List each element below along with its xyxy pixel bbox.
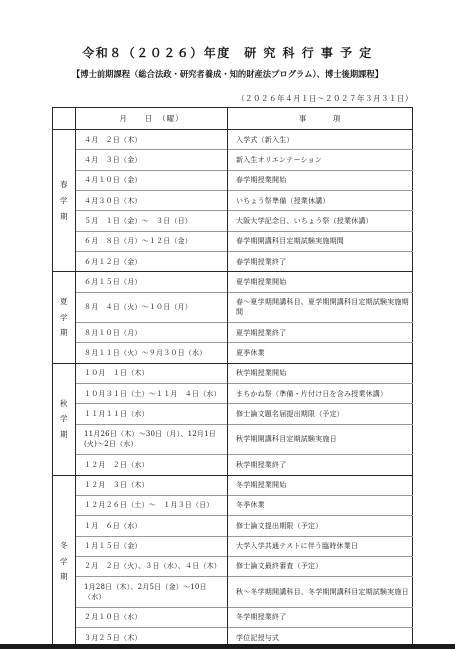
semester-label: 春 学 期	[53, 130, 76, 272]
date-cell: ４月３０日（木）	[76, 190, 228, 210]
date-cell: 11月26日（木）～30日（月）、12月1日(火)～2日（水）	[76, 424, 228, 454]
item-cell: 修士論文題名届提出期限（予定）	[228, 404, 413, 424]
table-row: ６月１２日（金）春学期授業終了	[53, 251, 413, 271]
item-cell: 春学期授業開始	[228, 170, 413, 190]
item-cell: 秋学期授業終了	[228, 455, 413, 475]
date-cell: ８月１１日（火）～９月３０日（水）	[76, 343, 228, 363]
date-cell: ６月１５日（月）	[76, 272, 228, 292]
date-cell: ５月 １日（金）～ ３日（日）	[76, 211, 228, 231]
item-cell: 冬学期授業開始	[228, 475, 413, 495]
item-cell: 新入生オリエンテーション	[228, 150, 413, 170]
item-cell: いちょう祭準備（授業休講）	[228, 190, 413, 210]
date-cell: ４月 ２日（木）	[76, 130, 228, 150]
semester-label: 夏 学 期	[53, 272, 76, 363]
table-row: 春 学 期４月 ２日（木）入学式（新入生）	[53, 130, 413, 150]
schedule-table-body: 春 学 期４月 ２日（木）入学式（新入生）４月 ３日（金）新入生オリエンテーショ…	[53, 130, 413, 648]
item-cell: 夏学期授業開始	[228, 272, 413, 292]
item-cell: 修士論文提出期限（予定）	[228, 516, 413, 536]
table-row: 冬 学 期１２月 ３日（木）冬学期授業開始	[53, 475, 413, 495]
table-row: １１月１１日（水）修士論文題名届提出期限（予定）	[53, 404, 413, 424]
date-cell: １月１５日（金）	[76, 536, 228, 556]
date-cell: ８月１０日（月）	[76, 323, 228, 343]
table-row: ５月 １日（金）～ ３日（日）大阪大学記念日、いちょう祭（授業休講）	[53, 211, 413, 231]
semester-label: 秋 学 期	[53, 363, 76, 475]
table-row: ４月 ３日（金）新入生オリエンテーション	[53, 150, 413, 170]
table-row: ４月３０日（木）いちょう祭準備（授業休講）	[53, 190, 413, 210]
item-cell: 入学式（新入生）	[228, 130, 413, 150]
table-row: ４月１０日（金）春学期授業開始	[53, 170, 413, 190]
item-cell: 秋学期授業開始	[228, 363, 413, 383]
date-cell: １２月 ３日（木）	[76, 475, 228, 495]
date-cell: １０月 １日（木）	[76, 363, 228, 383]
date-cell: １２月 ２日（水）	[76, 455, 228, 475]
table-row: 11月26日（木）～30日（月）、12月1日(火)～2日（水）秋学期開講科目定期…	[53, 424, 413, 454]
item-cell: 大阪大学記念日、いちょう祭（授業休講）	[228, 211, 413, 231]
table-row: ２月 ２日（火）、３日（水）、４日（木）修士論文最終審査（予定）	[53, 556, 413, 576]
table-row: ２月１０日（水）冬学期授業終了	[53, 607, 413, 627]
item-cell: 秋学期開講科目定期試験実施日	[228, 424, 413, 454]
table-row: 夏 学 期６月１５日（月）夏学期授業開始	[53, 272, 413, 292]
table-row: １月１５日（金）大学入学共通テストに伴う臨時休業日	[53, 536, 413, 556]
schedule-table: 月 日 （曜） 事 項 春 学 期４月 ２日（木）入学式（新入生）４月 ３日（金…	[52, 107, 413, 648]
item-cell: 大学入学共通テストに伴う臨時休業日	[228, 536, 413, 556]
table-row: １０月３１日（土）～１１月 ４日（水）まちかね祭（準備・片付け日を含み授業休講）	[53, 384, 413, 404]
date-cell: １１月１１日（水）	[76, 404, 228, 424]
date-cell: １２月２６日（土）～ １月３日（日）	[76, 495, 228, 515]
table-row: ８月１１日（火）～９月３０日（水）夏季休業	[53, 343, 413, 363]
date-cell: 1月28日（木）、2月5日（金）～10日（水）	[76, 577, 228, 607]
item-cell: 冬学期授業終了	[228, 607, 413, 627]
date-cell: ２月 ２日（火）、３日（水）、４日（木）	[76, 556, 228, 576]
semester-label: 冬 学 期	[53, 475, 76, 648]
date-cell: ４月１０日（金）	[76, 170, 228, 190]
date-cell: ２月１０日（水）	[76, 607, 228, 627]
table-row: １２月 ２日（水）秋学期授業終了	[53, 455, 413, 475]
table-row: ８月１０日（月）夏学期授業終了	[53, 323, 413, 343]
header-date-cell: 月 日 （曜）	[76, 108, 228, 130]
date-range: （２０２６年４月１日～２０２７年３月３１日）	[52, 93, 413, 104]
table-header-row: 月 日 （曜） 事 項	[53, 108, 413, 130]
page-title: 令和８（２０２６）年度 研 究 科 行 事 予 定	[0, 44, 455, 61]
table-row: ８月 ４日（火）～１０日（月）春～夏学期開講科目、夏学期開講科目定期試験実施期間	[53, 292, 413, 322]
item-cell: 冬季休業	[228, 495, 413, 515]
page-subtitle: 【博士前期課程（総合法政・研究者養成・知的財産法プログラム）、博士後期課程】	[0, 68, 455, 80]
header-semester-cell	[53, 108, 76, 130]
bottom-edge-strip	[0, 644, 455, 649]
date-cell: ４月 ３日（金）	[76, 150, 228, 170]
item-cell: 春学期授業終了	[228, 251, 413, 271]
date-cell: １月 ６日（水）	[76, 516, 228, 536]
header-item-cell: 事 項	[228, 108, 413, 130]
table-row: １月 ６日（水）修士論文提出期限（予定）	[53, 516, 413, 536]
item-cell: 夏季休業	[228, 343, 413, 363]
item-cell: 夏学期授業終了	[228, 323, 413, 343]
table-row: ６月 ８日（月）～１２日（金）春学期開講科目定期試験実施期間	[53, 231, 413, 251]
date-cell: １０月３１日（土）～１１月 ４日（水）	[76, 384, 228, 404]
item-cell: 修士論文最終審査（予定）	[228, 556, 413, 576]
date-cell: ６月 ８日（月）～１２日（金）	[76, 231, 228, 251]
table-row: 1月28日（木）、2月5日（金）～10日（水）秋～冬学期開講科目、冬学期開講科目…	[53, 577, 413, 607]
document-page: 令和８（２０２６）年度 研 究 科 行 事 予 定 【博士前期課程（総合法政・研…	[0, 0, 455, 649]
table-row: １２月２６日（土）～ １月３日（日）冬季休業	[53, 495, 413, 515]
item-cell: 春学期開講科目定期試験実施期間	[228, 231, 413, 251]
date-cell: ６月１２日（金）	[76, 251, 228, 271]
item-cell: 秋～冬学期開講科目、冬学期開講科目定期試験実施日	[228, 577, 413, 607]
item-cell: まちかね祭（準備・片付け日を含み授業休講）	[228, 384, 413, 404]
date-cell: ８月 ４日（火）～１０日（月）	[76, 292, 228, 322]
item-cell: 春～夏学期開講科目、夏学期開講科目定期試験実施期間	[228, 292, 413, 322]
table-row: 秋 学 期１０月 １日（木）秋学期授業開始	[53, 363, 413, 383]
